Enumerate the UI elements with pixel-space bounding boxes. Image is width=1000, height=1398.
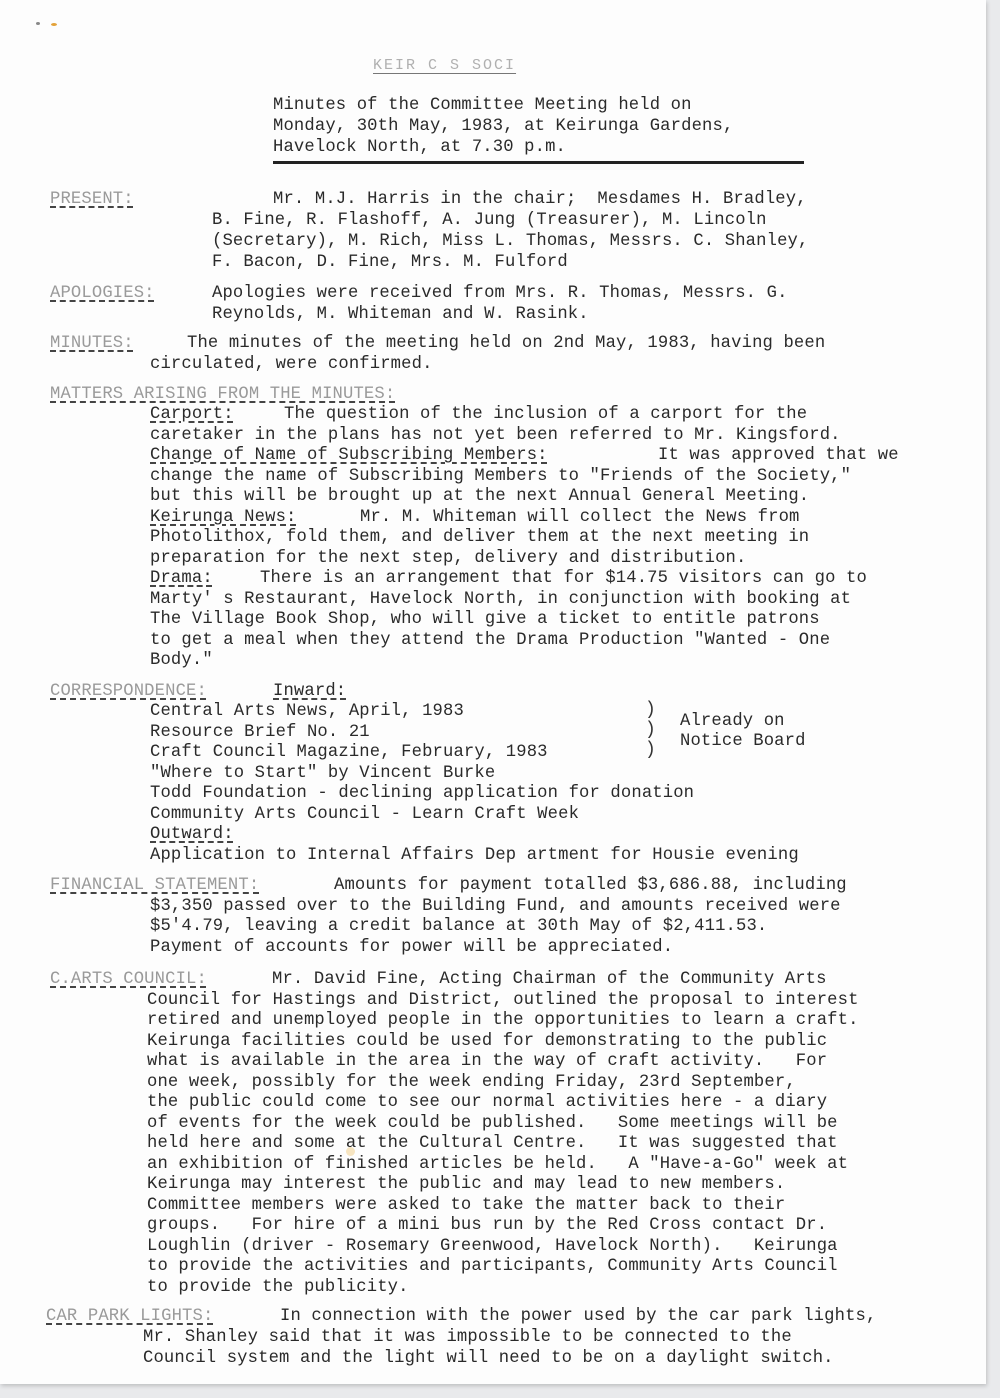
- body-line: groups. For hire of a mini bus run by th…: [147, 1216, 827, 1237]
- body-line: Keirunga may interest the public and may…: [147, 1175, 785, 1196]
- body-line: of events for the week could be publishe…: [147, 1114, 838, 1135]
- body-line: Apologies were received from Mrs. R. Tho…: [212, 284, 788, 305]
- body-line: caretaker in the plans has not yet been …: [150, 426, 841, 447]
- body-line: (Secretary), M. Rich, Miss L. Thomas, Me…: [212, 232, 808, 253]
- body-line: Marty' s Restaurant, Havelock North, in …: [150, 590, 851, 611]
- body-line: Body.": [150, 651, 213, 672]
- body-line: There is an arrangement that for $14.75 …: [260, 569, 867, 590]
- bracket-mark: ): [645, 700, 656, 721]
- section-label: MATTERS ARISING FROM THE MINUTES:: [50, 385, 395, 406]
- body-line: F. Bacon, D. Fine, Mrs. M. Fulford: [212, 253, 568, 274]
- section-label: MINUTES:: [50, 334, 134, 355]
- body-line: The minutes of the meeting held on 2nd M…: [187, 334, 825, 355]
- list-item: Application to Internal Affairs Dep artm…: [150, 846, 799, 867]
- subhead-outward: Outward:: [150, 825, 234, 846]
- stain-speck: [346, 1147, 355, 1156]
- body-line: Mr. M.J. Harris in the chair; Mesdames H…: [273, 190, 807, 211]
- section-label: CAR PARK LIGHTS:: [46, 1307, 213, 1328]
- heading-line: Minutes of the Committee Meeting held on: [273, 96, 692, 117]
- list-item: Resource Brief No. 21: [150, 723, 370, 744]
- body-line: preparation for the next step, delivery …: [150, 549, 746, 570]
- bracket-mark: ): [645, 740, 656, 761]
- body-line: Committee members were asked to take the…: [147, 1196, 785, 1217]
- bracket-note: Already on: [680, 712, 785, 733]
- body-line: It was approved that we: [658, 446, 899, 467]
- section-label: FINANCIAL STATEMENT:: [50, 876, 259, 897]
- list-item: Community Arts Council - Learn Craft Wee…: [150, 805, 579, 826]
- body-line: Council for Hastings and District, outli…: [147, 991, 859, 1012]
- subhead-drama: Drama:: [150, 569, 213, 590]
- body-line: to provide the activities and participan…: [147, 1257, 838, 1278]
- subhead-keirunga-news: Keirunga News:: [150, 508, 297, 529]
- body-line: B. Fine, R. Flashoff, A. Jung (Treasurer…: [212, 211, 767, 232]
- bracket-note: Notice Board: [680, 732, 806, 753]
- ink-speck: [51, 23, 57, 26]
- list-item: Central Arts News, April, 1983: [150, 702, 464, 723]
- section-label: PRESENT:: [50, 190, 134, 211]
- body-line: Loughlin (driver - Rosemary Greenwood, H…: [147, 1237, 838, 1258]
- body-line: Reynolds, M. Whiteman and W. Rasink.: [212, 305, 589, 326]
- heading-line: Monday, 30th May, 1983, at Keirunga Gard…: [273, 117, 733, 138]
- body-line: Mr. M. Whiteman will collect the News fr…: [360, 508, 800, 529]
- body-line: one week, possibly for the week ending F…: [147, 1073, 796, 1094]
- subhead-inward: Inward:: [273, 682, 346, 703]
- body-line: Mr. Shanley said that it was impossible …: [143, 1328, 792, 1349]
- body-line: Keirunga facilities could be used for de…: [147, 1032, 827, 1053]
- body-line: to provide the publicity.: [147, 1278, 409, 1299]
- bracket-mark: ): [645, 720, 656, 741]
- ink-speck: [36, 22, 40, 25]
- body-line: held here and some at the Cultural Centr…: [147, 1134, 838, 1155]
- document-page: KEIR C S SOCI Minutes of the Committee M…: [0, 0, 986, 1384]
- section-label: C.ARTS COUNCIL:: [50, 970, 207, 991]
- society-title: KEIR C S SOCI: [373, 57, 516, 74]
- body-line: In connection with the power used by the…: [280, 1307, 876, 1328]
- body-line: the public could come to see our normal …: [147, 1093, 827, 1114]
- list-item: Craft Council Magazine, February, 1983: [150, 743, 548, 764]
- subhead-carport: Carport:: [150, 405, 234, 426]
- body-line: change the name of Subscribing Members t…: [150, 467, 851, 488]
- section-label: APOLOGIES:: [50, 284, 155, 305]
- body-line: Mr. David Fine, Acting Chairman of the C…: [272, 970, 827, 991]
- body-line: $5'4.79, leaving a credit balance at 30t…: [150, 917, 767, 938]
- list-item: Todd Foundation - declining application …: [150, 784, 694, 805]
- body-line: Payment of accounts for power will be ap…: [150, 938, 673, 959]
- list-item: "Where to Start" by Vincent Burke: [150, 764, 495, 785]
- body-line: circulated, were confirmed.: [150, 355, 433, 376]
- body-line: what is available in the area in the way…: [147, 1052, 827, 1073]
- body-line: but this will be brought up at the next …: [150, 487, 809, 508]
- body-line: $3,350 passed over to the Building Fund,…: [150, 897, 841, 918]
- body-line: retired and unemployed people in the opp…: [147, 1011, 859, 1032]
- body-line: The Village Book Shop, who will give a t…: [150, 610, 820, 631]
- section-label: CORRESPONDENCE:: [50, 682, 207, 703]
- body-line: to get a meal when they attend the Drama…: [150, 631, 830, 652]
- body-line: an exhibition of finished articles be he…: [147, 1155, 848, 1176]
- body-line: Photolithox, fold them, and deliver them…: [150, 528, 809, 549]
- body-line: The question of the inclusion of a carpo…: [284, 405, 807, 426]
- body-line: Amounts for payment totalled $3,686.88, …: [334, 876, 847, 897]
- body-line: Council system and the light will need t…: [143, 1349, 834, 1370]
- heading-rule: [273, 161, 804, 164]
- heading-line: Havelock North, at 7.30 p.m.: [273, 138, 566, 159]
- subhead-change-of-name: Change of Name of Subscribing Members:: [150, 446, 548, 467]
